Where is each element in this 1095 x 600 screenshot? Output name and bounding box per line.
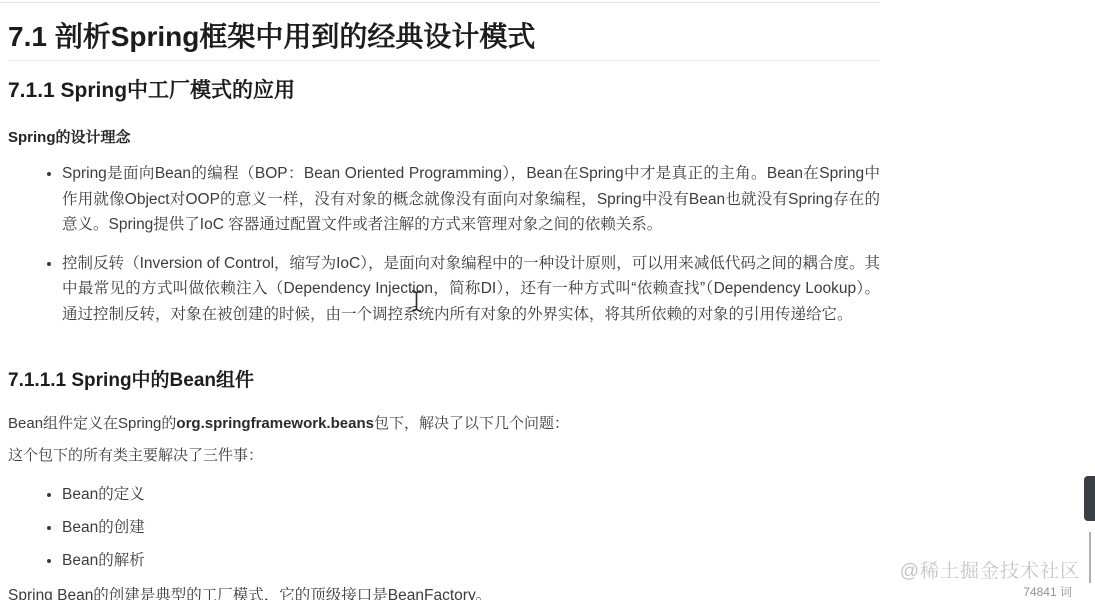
- document-page: { "article": { "h1": "7.1 剖析Spring框架中用到的…: [0, 0, 1095, 600]
- design-concept-list: Spring是面向Bean的编程（BOP：Bean Oriented Progr…: [8, 161, 880, 327]
- paragraph-text: Bean组件定义在Spring的: [8, 415, 176, 432]
- design-concept-heading: Spring的设计理念: [8, 126, 880, 147]
- text-cursor-icon: [409, 289, 424, 313]
- bean-definition-paragraph: Bean组件定义在Spring的org.springframework.bean…: [8, 414, 880, 434]
- closing-paragraph: Spring Bean的创建是典型的工厂模式，它的顶级接口是BeanFactor…: [8, 585, 880, 600]
- list-item: Bean的解析: [62, 548, 880, 573]
- scrollbar-thumb[interactable]: [1084, 476, 1095, 521]
- paragraph-text: 包下，解决了以下几个问题：: [374, 415, 569, 432]
- watermark: @稀土掘金技术社区: [900, 556, 1080, 583]
- scrollbar-track-line: [1089, 532, 1091, 583]
- package-name: org.springframework.beans: [176, 415, 374, 432]
- three-things-paragraph: 这个包下的所有类主要解决了三件事：: [8, 446, 880, 466]
- word-count-label: 74841 词: [1023, 583, 1072, 600]
- list-item: 控制反转（Inversion of Control，缩写为IoC），是面向对象编…: [62, 251, 880, 328]
- subsubsection-title: 7.1.1.1 Spring中的Bean组件: [8, 370, 880, 393]
- list-item: Bean的创建: [62, 515, 880, 540]
- list-item: Spring是面向Bean的编程（BOP：Bean Oriented Progr…: [62, 161, 880, 238]
- subsection-title: 7.1.1 Spring中工厂模式的应用: [8, 78, 880, 103]
- article-content: 7.1 剖析Spring框架中用到的经典设计模式 7.1.1 Spring中工厂…: [0, 0, 880, 600]
- section-title: 7.1 剖析Spring框架中用到的经典设计模式: [8, 21, 880, 61]
- bean-topics-list: Bean的定义 Bean的创建 Bean的解析: [8, 482, 880, 573]
- list-item: Bean的定义: [62, 482, 880, 507]
